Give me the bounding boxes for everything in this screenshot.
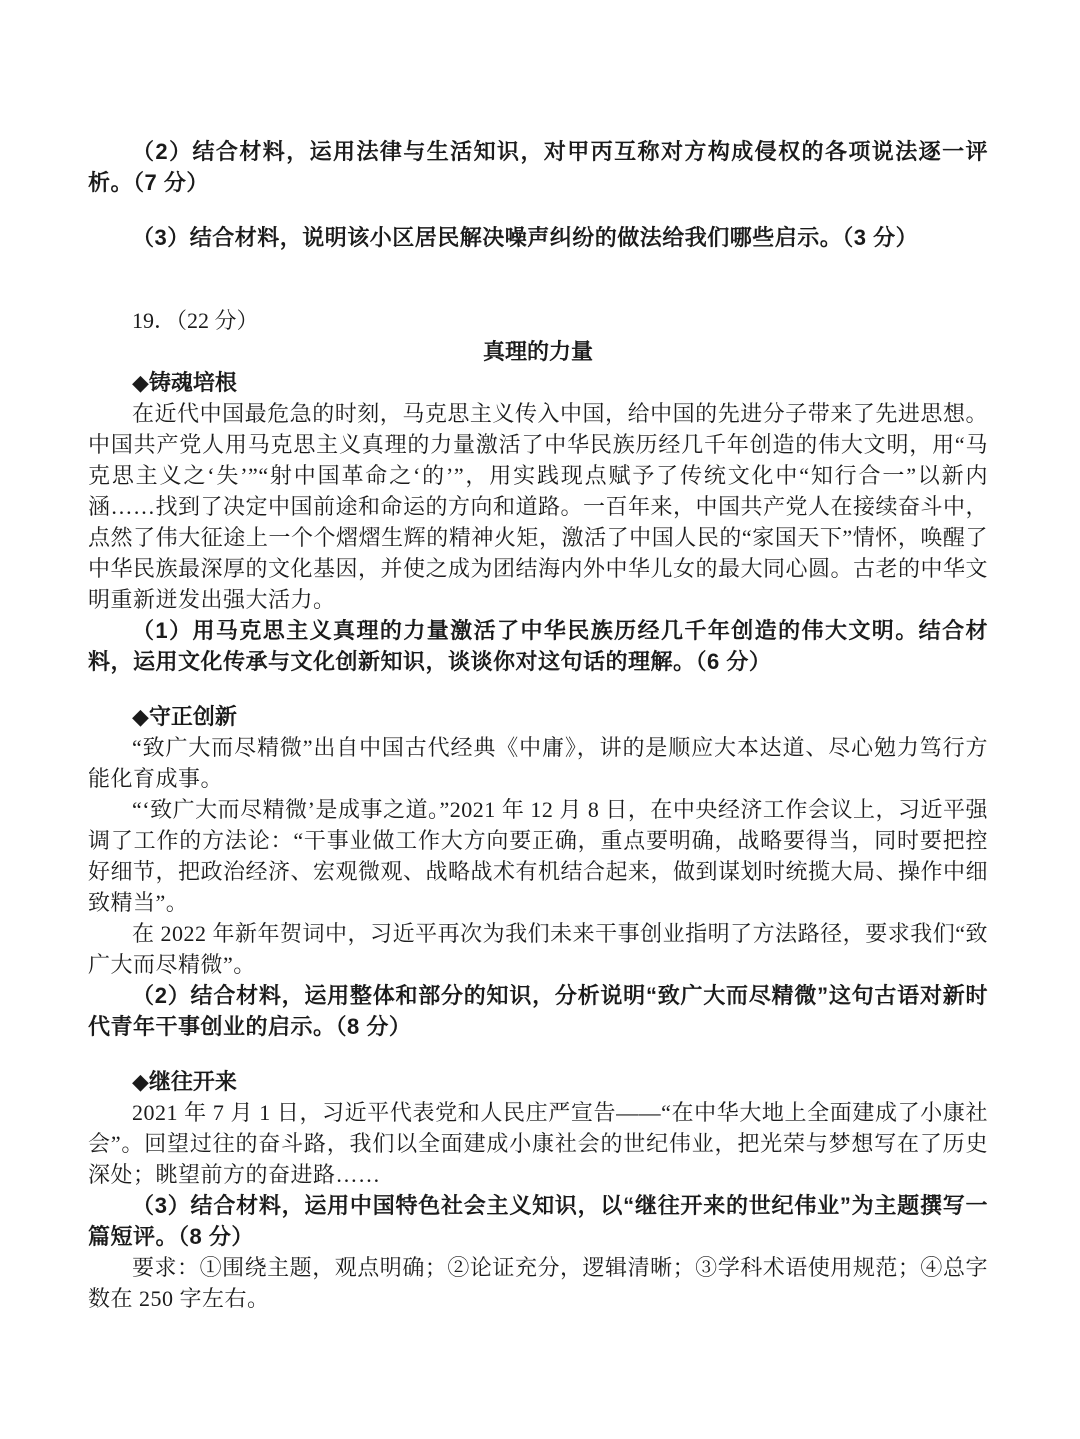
prior-question-3-prompt: （3）结合材料，说明该小区居民解决噪声纠纷的做法给我们哪些启示。（3 分） <box>88 222 988 253</box>
requirements-paragraph: 要求：①围绕主题，观点明确；②论证充分，逻辑清晰；③学科术语使用规范；④总字数在… <box>88 1252 988 1314</box>
body-paragraph: “‘致广大而尽精微’是成事之道。”2021 年 12 月 8 日，在中央经济工作… <box>88 794 988 918</box>
question-19-1-prompt: （1）用马克思主义真理的力量激活了中华民族历经几千年创造的伟大文明。结合材料，运… <box>88 615 988 677</box>
body-paragraph: 在近代中国最危急的时刻，马克思主义传入中国，给中国的先进分子带来了先进思想。中国… <box>88 398 988 615</box>
essay-title: 真理的力量 <box>88 336 988 367</box>
exam-page: （2）结合材料，运用法律与生活知识，对甲丙互称对方构成侵权的各项说法逐一评析。（… <box>0 0 1080 1439</box>
question-19-2-prompt: （2）结合材料，运用整体和部分的知识，分析说明“致广大而尽精微”这句古语对新时代… <box>88 980 988 1042</box>
prior-question-2-prompt: （2）结合材料，运用法律与生活知识，对甲丙互称对方构成侵权的各项说法逐一评析。（… <box>88 136 988 198</box>
body-paragraph: 在 2022 年新年贺词中，习近平再次为我们未来干事创业指明了方法路径，要求我们… <box>88 918 988 980</box>
section-heading-zhuhun-peigen: ◆铸魂培根 <box>88 367 988 398</box>
section-heading-shouzheng-chuangxin: ◆守正创新 <box>88 701 988 732</box>
section-heading-jiwang-kailai: ◆继往开来 <box>88 1066 988 1097</box>
body-paragraph: 2021 年 7 月 1 日，习近平代表党和人民庄严宣告——“在中华大地上全面建… <box>88 1097 988 1190</box>
body-paragraph: “致广大而尽精微”出自中国古代经典《中庸》，讲的是顺应大本达道、尽心勉力笃行方能… <box>88 732 988 794</box>
question-19-3-prompt: （3）结合材料，运用中国特色社会主义知识，以“继往开来的世纪伟业”为主题撰写一篇… <box>88 1190 988 1252</box>
question-19-number: 19．（22 分） <box>88 305 988 336</box>
